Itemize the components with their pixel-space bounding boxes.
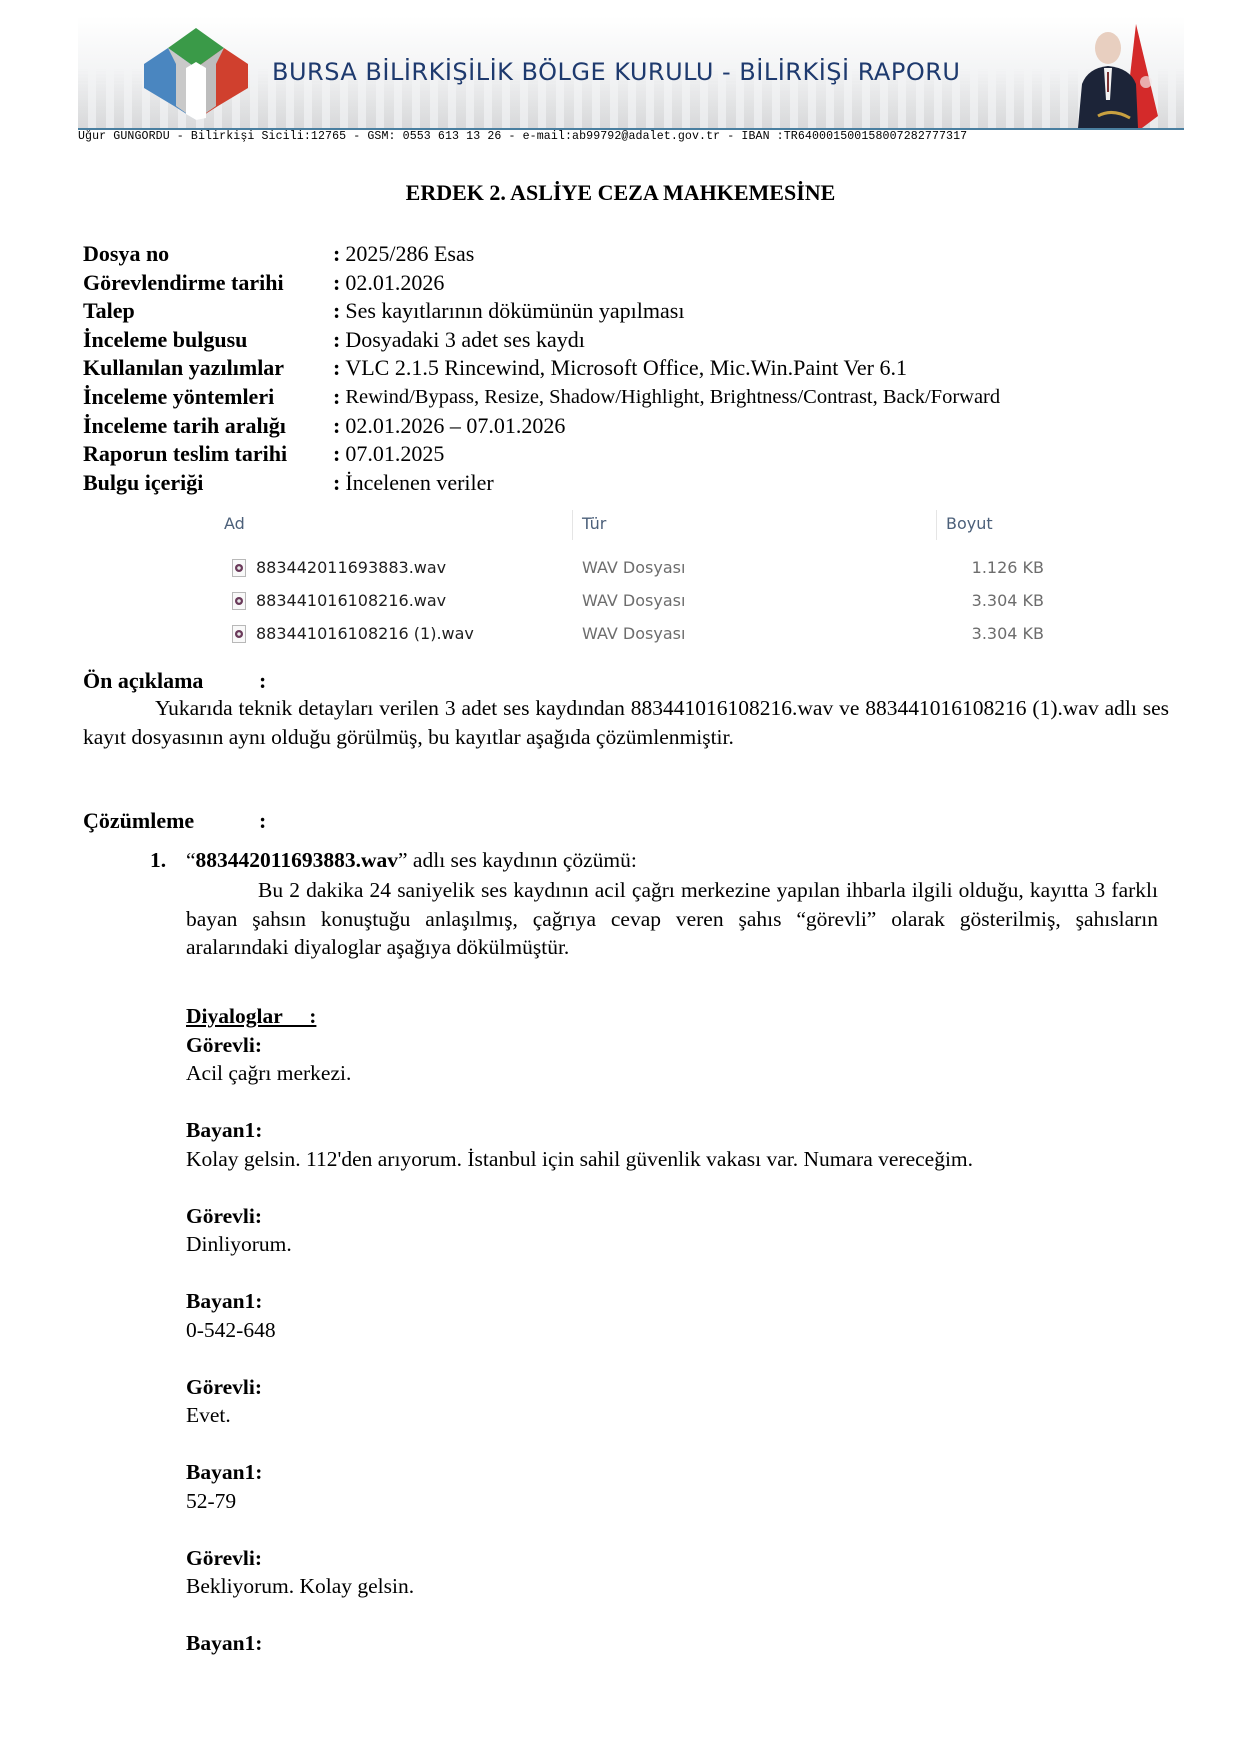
file-listing: Ad Tür Boyut 883442011693883.wav WAV Dos… — [222, 514, 1082, 657]
utterance: 52-79 — [186, 1487, 973, 1516]
info-colon: : — [333, 269, 340, 298]
info-row-inceleme-yontemleri: İnceleme yöntemleri : Rewind/Bypass, Res… — [83, 383, 1000, 412]
info-value: 02.01.2026 — [345, 269, 444, 298]
file-listing-header: Ad Tür Boyut — [222, 514, 1082, 544]
court-title: ERDEK 2. ASLİYE CEZA MAHKEMESİNE — [0, 180, 1241, 206]
on-aciklama-paragraph: Yukarıda teknik detayları verilen 3 adet… — [83, 694, 1169, 751]
column-separator — [936, 510, 937, 540]
expert-contact-line: Uğur GUNGORDU - Bilirkişi Sicili:12765 -… — [78, 130, 1184, 143]
item-title-rest: ” adlı ses kaydının çözümü: — [398, 848, 637, 872]
speaker-label: Bayan1: — [186, 1458, 973, 1487]
utterance: Bekliyorum. Kolay gelsin. — [186, 1572, 973, 1601]
speaker-label: Görevli: — [186, 1202, 973, 1231]
column-separator — [572, 510, 573, 540]
report-header-banner: BURSA BİLİRKİŞİLİK BÖLGE KURULU - BİLİRK… — [78, 16, 1184, 128]
info-row-gorevlendirme-tarihi: Görevlendirme tarihi : 02.01.2026 — [83, 269, 1000, 298]
info-value: Dosyadaki 3 adet ses kaydı — [345, 326, 585, 355]
speaker-label: Bayan1: — [186, 1629, 973, 1658]
utterance: Acil çağrı merkezi. — [186, 1059, 973, 1088]
audio-file-icon — [232, 559, 246, 577]
section-title: Ön açıklama — [83, 668, 203, 693]
file-size: 1.126 KB — [944, 558, 1044, 577]
dialog-turn: Görevli: Acil çağrı merkezi. — [186, 1031, 973, 1088]
speaker-label: Görevli: — [186, 1031, 973, 1060]
speaker-label: Bayan1: — [186, 1287, 973, 1316]
info-label: Raporun teslim tarihi — [83, 440, 333, 469]
case-info-table: Dosya no : 2025/286 Esas Görevlendirme t… — [83, 240, 1000, 497]
info-label: İnceleme tarih aralığı — [83, 412, 333, 441]
audio-file-icon — [232, 592, 246, 610]
speaker-label: Görevli: — [186, 1544, 973, 1573]
info-row-inceleme-bulgusu: İnceleme bulgusu : Dosyadaki 3 adet ses … — [83, 326, 1000, 355]
section-title: Çözümleme — [83, 808, 194, 833]
dialog-turn: Bayan1: 52-79 — [186, 1458, 973, 1515]
info-colon: : — [333, 440, 340, 469]
file-type: WAV Dosyası — [582, 558, 685, 577]
dialog-turn: Görevli: Bekliyorum. Kolay gelsin. — [186, 1544, 973, 1601]
utterance: Dinliyorum. — [186, 1230, 973, 1259]
audio-file-icon — [232, 625, 246, 643]
file-type: WAV Dosyası — [582, 624, 685, 643]
utterance: 0-542-648 — [186, 1316, 973, 1345]
file-size: 3.304 KB — [944, 624, 1044, 643]
info-label: Talep — [83, 297, 333, 326]
info-label: Görevlendirme tarihi — [83, 269, 333, 298]
file-row: 883442011693883.wav WAV Dosyası 1.126 KB — [222, 558, 1082, 591]
info-row-dosya-no: Dosya no : 2025/286 Esas — [83, 240, 1000, 269]
info-row-bulgu-icerigi: Bulgu içeriği : İncelenen veriler — [83, 469, 1000, 498]
info-colon: : — [333, 383, 340, 412]
analysis-item-1-paragraph: Bu 2 dakika 24 saniyelik ses kaydının ac… — [186, 876, 1158, 962]
speaker-label: Bayan1: — [186, 1116, 973, 1145]
cozumleme-heading: Çözümleme : — [83, 808, 194, 834]
info-value: 02.01.2026 – 07.01.2026 — [345, 412, 565, 441]
info-row-kullanilan-yazilimlar: Kullanılan yazılımlar : VLC 2.1.5 Rincew… — [83, 354, 1000, 383]
item-number: 1. — [150, 848, 186, 873]
section-colon: : — [259, 808, 266, 834]
on-aciklama-heading: Ön açıklama : — [83, 668, 203, 694]
column-header-name: Ad — [224, 514, 245, 533]
info-colon: : — [333, 326, 340, 355]
ataturk-portrait-flag-icon — [1038, 20, 1162, 128]
info-row-talep: Talep : Ses kayıtlarının dökümünün yapıl… — [83, 297, 1000, 326]
utterance: Kolay gelsin. 112'den arıyorum. İstanbul… — [186, 1145, 973, 1174]
utterance: Evet. — [186, 1401, 973, 1430]
bilirkisilik-logo-icon — [134, 24, 258, 124]
dialog-transcript: Diyaloglar : Görevli: Acil çağrı merkezi… — [186, 1002, 973, 1658]
info-colon: : — [333, 354, 340, 383]
item-filename: 883442011693883.wav — [196, 848, 398, 872]
info-row-inceleme-tarih-araligi: İnceleme tarih aralığı : 02.01.2026 – 07… — [83, 412, 1000, 441]
info-label: Bulgu içeriği — [83, 469, 333, 498]
info-label: İnceleme yöntemleri — [83, 383, 333, 412]
section-colon: : — [259, 668, 266, 694]
info-label: Dosya no — [83, 240, 333, 269]
speaker-label: Görevli: — [186, 1373, 973, 1402]
info-colon: : — [333, 469, 340, 498]
info-value: 07.01.2025 — [345, 440, 444, 469]
dialog-turn: Görevli: Dinliyorum. — [186, 1202, 973, 1259]
analysis-item-1-title: 1.“883442011693883.wav” adlı ses kaydını… — [150, 848, 637, 873]
info-row-raporun-teslim-tarihi: Raporun teslim tarihi : 07.01.2025 — [83, 440, 1000, 469]
banner-title: BURSA BİLİRKİŞİLİK BÖLGE KURULU - BİLİRK… — [272, 58, 960, 86]
info-value: Rewind/Bypass, Resize, Shadow/Highlight,… — [345, 383, 1000, 412]
info-colon: : — [333, 240, 340, 269]
info-label: Kullanılan yazılımlar — [83, 354, 333, 383]
info-value: Ses kayıtlarının dökümünün yapılması — [345, 297, 684, 326]
column-header-type: Tür — [582, 514, 606, 533]
dialog-turn: Bayan1: — [186, 1629, 973, 1658]
file-name: 883442011693883.wav — [256, 558, 446, 577]
on-aciklama-text: Yukarıda teknik detayları verilen 3 adet… — [83, 696, 1169, 749]
info-value: VLC 2.1.5 Rincewind, Microsoft Office, M… — [345, 354, 907, 383]
dialog-turn: Görevli: Evet. — [186, 1373, 973, 1430]
dialog-turn: Bayan1: 0-542-648 — [186, 1287, 973, 1344]
info-label: İnceleme bulgusu — [83, 326, 333, 355]
file-type: WAV Dosyası — [582, 591, 685, 610]
analysis-text: Bu 2 dakika 24 saniyelik ses kaydının ac… — [186, 878, 1158, 959]
file-row: 883441016108216 (1).wav WAV Dosyası 3.30… — [222, 624, 1082, 657]
info-value: İncelenen veriler — [345, 469, 493, 498]
info-colon: : — [333, 297, 340, 326]
column-header-size: Boyut — [946, 514, 993, 533]
file-name: 883441016108216.wav — [256, 591, 446, 610]
file-row: 883441016108216.wav WAV Dosyası 3.304 KB — [222, 591, 1082, 624]
dialog-title: Diyaloglar : — [186, 1002, 973, 1031]
info-value: 2025/286 Esas — [345, 240, 474, 269]
info-colon: : — [333, 412, 340, 441]
file-name: 883441016108216 (1).wav — [256, 624, 474, 643]
dialog-turn: Bayan1: Kolay gelsin. 112'den arıyorum. … — [186, 1116, 973, 1173]
open-quote: “ — [186, 848, 196, 872]
file-size: 3.304 KB — [944, 591, 1044, 610]
